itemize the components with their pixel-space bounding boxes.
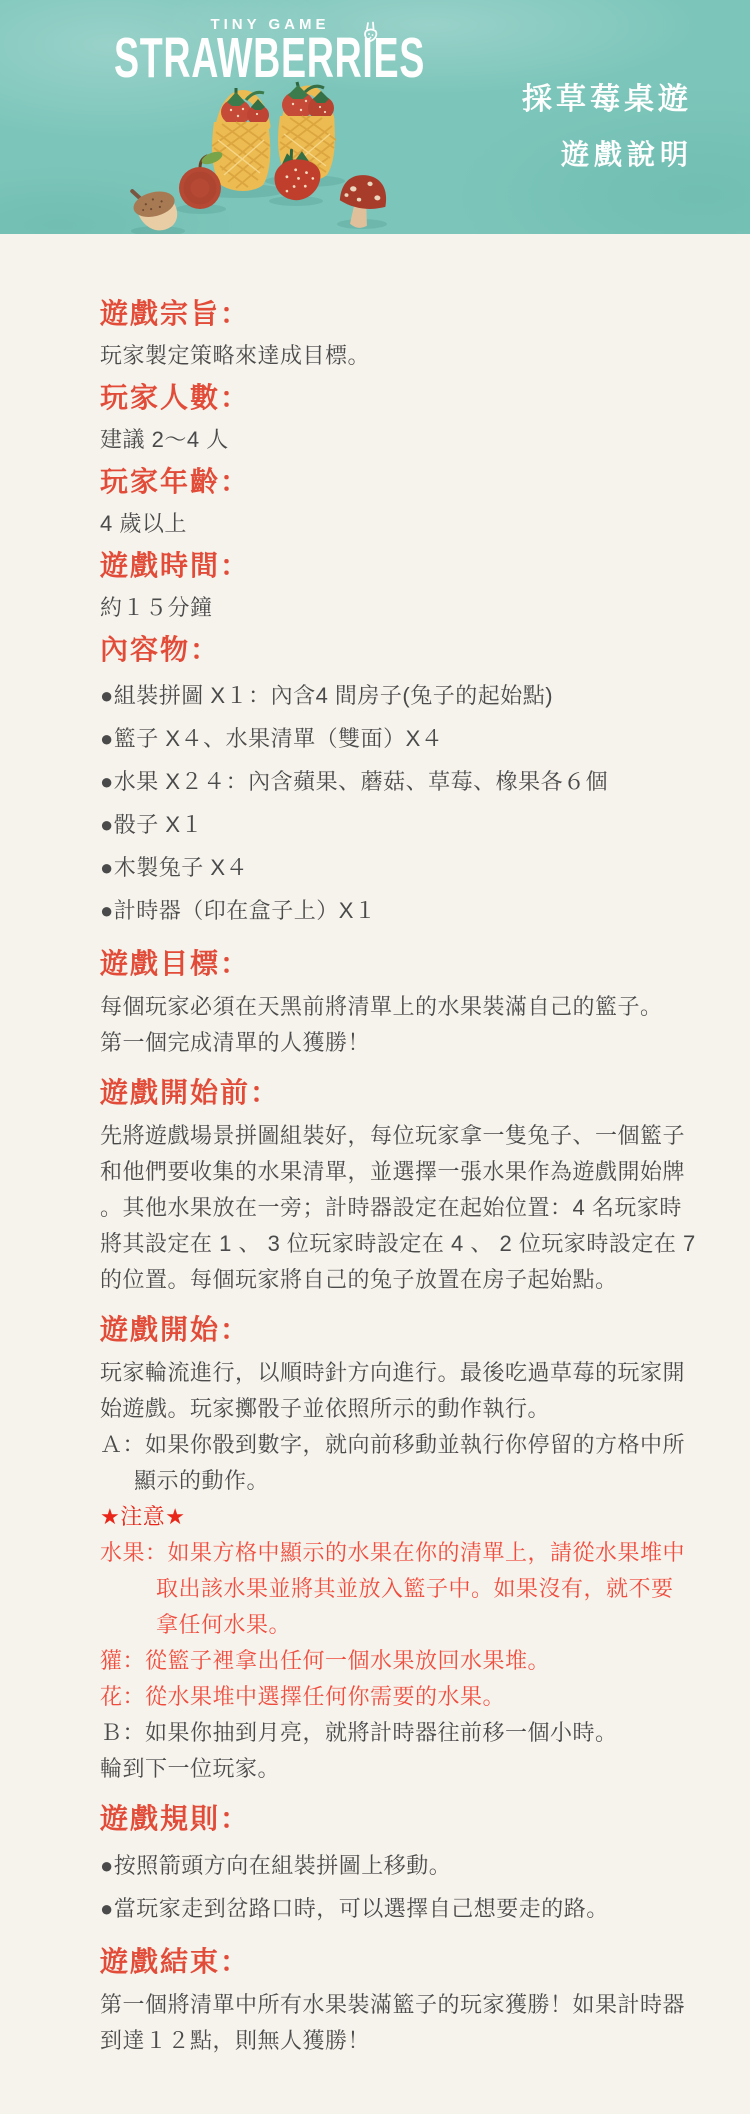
content-item: ●水果 X２４：內含蘋果、蘑菇、草莓、橡果各６個	[100, 760, 750, 803]
content-item: ●組裝拼圖 X１：內含4 間房子(兔子的起始點)	[100, 674, 750, 717]
section-heading-contents: 內容物：	[100, 634, 750, 666]
instruction-page: TINY GAME STRAWBERRIES 採草莓桌遊 遊戲說明 遊戲宗旨： …	[0, 0, 750, 2114]
document-title: 採草莓桌遊 遊戲說明	[522, 74, 688, 173]
section-heading-purpose: 遊戲宗旨：	[100, 298, 750, 330]
warning-label: ★注意★	[100, 1499, 750, 1535]
text-line: Ａ：如果你骰到數字，就向前移動並執行你停留的方格中所	[100, 1427, 750, 1463]
text-line: 第一個將清單中所有水果裝滿籃子的玩家獲勝！如果計時器	[100, 1987, 750, 2023]
text-line: 4 歲以上	[100, 506, 750, 542]
bunny-strawberry-doodle-icon	[361, 21, 381, 45]
text-line: 每個玩家必須在天黑前將清單上的水果裝滿自己的籃子。	[100, 989, 750, 1025]
section-heading-rules: 遊戲規則：	[100, 1803, 750, 1835]
text-line: 先將遊戲場景拼圖組裝好，每位玩家拿一隻兔子、一個籃子	[100, 1118, 750, 1154]
text-line: 和他們要收集的水果清單，並選擇一張水果作為遊戲開始牌	[100, 1154, 750, 1190]
section-heading-players: 玩家人數：	[100, 382, 750, 414]
text-line: 的位置。每個玩家將自己的兔子放置在房子起始點。	[100, 1262, 750, 1298]
section-heading-start: 遊戲開始：	[100, 1314, 750, 1346]
rule-item: ●當玩家走到岔路口時，可以選擇自己想要走的路。	[100, 1887, 750, 1930]
section-heading-before-start: 遊戲開始前：	[100, 1077, 750, 1109]
text-line: 玩家輪流進行，以順時針方向進行。最後吃過草莓的玩家開	[100, 1355, 750, 1391]
rule-item: ●按照箭頭方向在組裝拼圖上移動。	[100, 1844, 750, 1887]
section-heading-goal: 遊戲目標：	[100, 948, 750, 980]
document-title-line2: 遊戲說明	[522, 133, 693, 173]
document-title-line1: 採草莓桌遊	[522, 74, 692, 118]
text-line: 玩家製定策略來達成目標。	[100, 338, 750, 374]
text-line: 第一個完成清單的人獲勝！	[100, 1025, 750, 1061]
text-line: 將其設定在 1 、 3 位玩家時設定在 4 、 2 位玩家時設定在 7	[100, 1226, 750, 1262]
content-item: ●籃子 X４、水果清單（雙面）X４	[100, 717, 750, 760]
section-heading-age: 玩家年齡：	[100, 466, 750, 498]
section-heading-end: 遊戲結束：	[100, 1946, 750, 1978]
section-heading-time: 遊戲時間：	[100, 550, 750, 582]
text-line: 到達１２點，則無人獲勝！	[100, 2023, 750, 2059]
content-item: ●骰子 X１	[100, 803, 750, 846]
text-line: 約１５分鐘	[100, 590, 750, 626]
header-banner: TINY GAME STRAWBERRIES 採草莓桌遊 遊戲說明	[0, 0, 750, 234]
content-item: ●計時器（印在盒子上）X１	[100, 889, 750, 932]
note-line: 獾：從籃子裡拿出任何一個水果放回水果堆。	[100, 1643, 750, 1679]
text-line: 顯示的動作。	[100, 1463, 750, 1499]
text-line: 。其他水果放在一旁；計時器設定在起始位置：4 名玩家時	[100, 1190, 750, 1226]
note-line: 花：從水果堆中選擇任何你需要的水果。	[100, 1679, 750, 1715]
text-line: Ｂ：如果你抽到月亮，就將計時器往前移一個小時。	[100, 1715, 750, 1751]
instructions-body: 遊戲宗旨： 玩家製定策略來達成目標。 玩家人數： 建議 2～4 人 玩家年齡： …	[0, 234, 750, 2059]
note-line: 拿任何水果。	[100, 1607, 750, 1643]
text-line: 建議 2～4 人	[100, 422, 750, 458]
note-line: 取出該水果並將其並放入籃子中。如果沒有，就不要	[100, 1571, 750, 1607]
note-line: 水果：如果方格中顯示的水果在你的清單上，請從水果堆中	[100, 1535, 750, 1571]
text-line: 始遊戲。玩家擲骰子並依照所示的動作執行。	[100, 1391, 750, 1427]
content-item: ●木製兔子 X４	[100, 846, 750, 889]
text-line: 輪到下一位玩家。	[100, 1751, 750, 1787]
